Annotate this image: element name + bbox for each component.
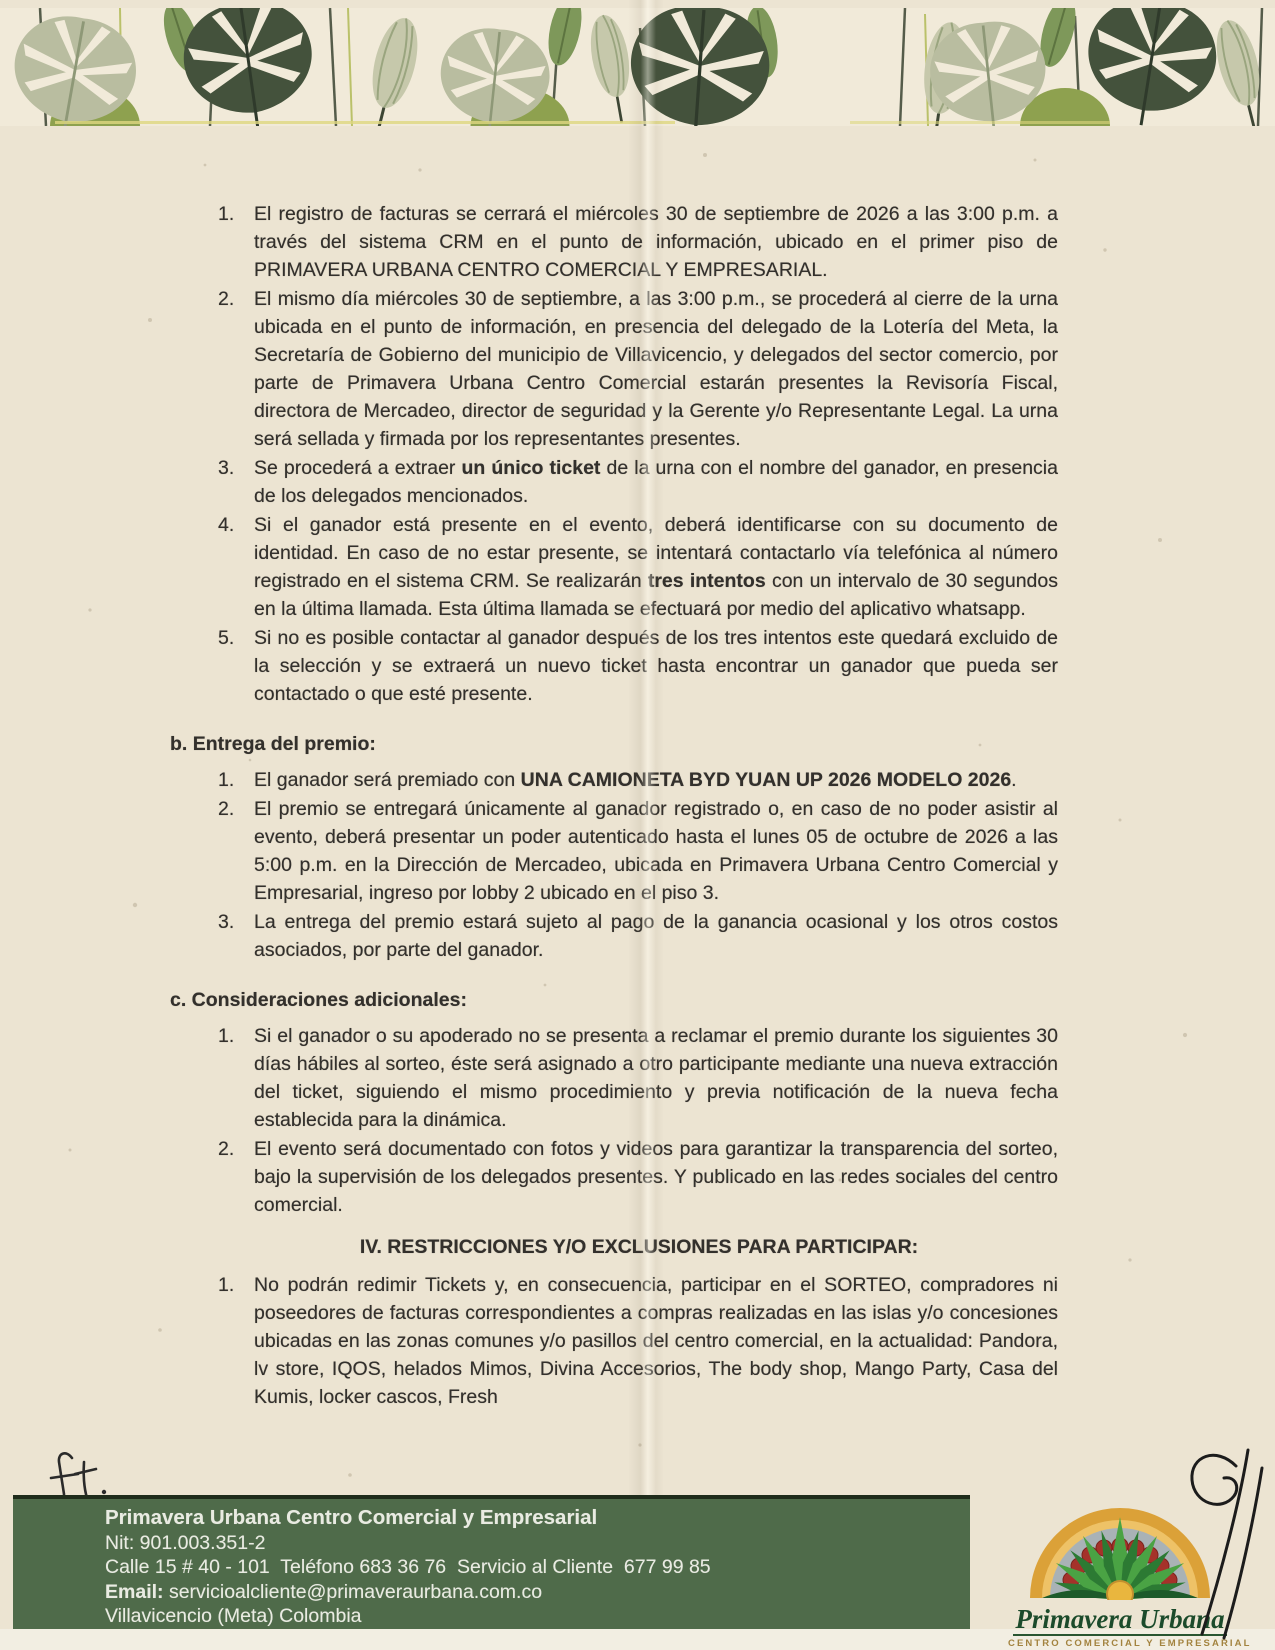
sun-leaves-logo-icon	[1020, 1498, 1220, 1600]
list-item: 1. El registro de facturas se cerrará el…	[170, 200, 1058, 284]
item-number: 5.	[218, 624, 254, 708]
section-restricciones: IV. RESTRICCIONES Y/O EXCLUSIONES PARA P…	[170, 1233, 1058, 1411]
item-text: El registro de facturas se cerrará el mi…	[254, 200, 1058, 284]
list-item: 2. El mismo día miércoles 30 de septiemb…	[170, 285, 1058, 453]
item-number: 3.	[218, 454, 254, 510]
entrega-list: 1. El ganador será premiado con UNA CAMI…	[170, 766, 1058, 964]
section-heading-entrega: b. Entrega del premio:	[170, 730, 1058, 758]
item-number: 2.	[218, 795, 254, 907]
footer-email-label: Email:	[105, 1581, 164, 1603]
list-item: 1. Si el ganador o su apoderado no se pr…	[170, 1022, 1058, 1134]
item-text: Si el ganador está presente en el evento…	[254, 511, 1058, 623]
section-consideraciones: c. Consideraciones adicionales: 1. Si el…	[170, 986, 1058, 1219]
item-number: 4.	[218, 511, 254, 623]
document-body: 1. El registro de facturas se cerrará el…	[170, 200, 1058, 1412]
footer-contact-block: Primavera Urbana Centro Comercial y Empr…	[13, 1499, 970, 1629]
list-item: 3. Se procederá a extraer un único ticke…	[170, 454, 1058, 510]
item-number: 2.	[218, 1135, 254, 1219]
footer-email-line: Email: servicioalcliente@primaveraurbana…	[105, 1580, 970, 1605]
item-text: El mismo día miércoles 30 de septiembre,…	[254, 285, 1058, 453]
primavera-urbana-logo: Primavera Urbana CENTRO COMERCIAL Y EMPR…	[1008, 1498, 1232, 1649]
section-heading-consideraciones: c. Consideraciones adicionales:	[170, 986, 1058, 1014]
item-number: 2.	[218, 285, 254, 453]
logo-tagline: CENTRO COMERCIAL Y EMPRESARIAL	[1008, 1638, 1232, 1649]
item-number: 1.	[218, 766, 254, 794]
section-entrega: b. Entrega del premio: 1. El ganador ser…	[170, 730, 1058, 964]
footer-company-name: Primavera Urbana Centro Comercial y Empr…	[105, 1506, 970, 1531]
list-item: 4. Si el ganador está presente en el eve…	[170, 511, 1058, 623]
consideraciones-list: 1. Si el ganador o su apoderado no se pr…	[170, 1022, 1058, 1219]
list-item: 2. El evento será documentado con fotos …	[170, 1135, 1058, 1219]
item-text: La entrega del premio estará sujeto al p…	[254, 908, 1058, 964]
item-text: El ganador será premiado con UNA CAMIONE…	[254, 766, 1058, 794]
footer-city: Villavicencio (Meta) Colombia	[105, 1604, 970, 1629]
section-heading-restricciones: IV. RESTRICCIONES Y/O EXCLUSIONES PARA P…	[170, 1233, 1058, 1261]
item-text: El premio se entregará únicamente al gan…	[254, 795, 1058, 907]
intro-list: 1. El registro de facturas se cerrará el…	[170, 200, 1058, 708]
footer-address-phone: Calle 15 # 40 - 101 Teléfono 683 36 76 S…	[105, 1555, 970, 1580]
list-item: 2. El premio se entregará únicamente al …	[170, 795, 1058, 907]
item-text: Si el ganador o su apoderado no se prese…	[254, 1022, 1058, 1134]
item-text: Se procederá a extraer un único ticket d…	[254, 454, 1058, 510]
restricciones-list: 1. No podrán redimir Tickets y, en conse…	[170, 1271, 1058, 1411]
tropical-leaves-banner	[0, 8, 1275, 126]
footer-email-value: servicioalcliente@primaveraurbana.com.co	[164, 1581, 543, 1603]
logo-wordmark: Primavera Urbana	[1013, 1605, 1226, 1636]
item-text: Si no es posible contactar al ganador de…	[254, 624, 1058, 708]
scanned-document-page: 1. El registro de facturas se cerrará el…	[0, 0, 1275, 1650]
list-item: 1. No podrán redimir Tickets y, en conse…	[170, 1271, 1058, 1411]
item-number: 3.	[218, 908, 254, 964]
list-item: 5. Si no es posible contactar al ganador…	[170, 624, 1058, 708]
item-number: 1.	[218, 1271, 254, 1411]
list-item: 3. La entrega del premio estará sujeto a…	[170, 908, 1058, 964]
footer-band: Primavera Urbana Centro Comercial y Empr…	[13, 1495, 970, 1629]
item-number: 1.	[218, 1022, 254, 1134]
list-item: 1. El ganador será premiado con UNA CAMI…	[170, 766, 1058, 794]
footer-nit: Nit: 901.003.351-2	[105, 1531, 970, 1556]
item-text: El evento será documentado con fotos y v…	[254, 1135, 1058, 1219]
item-text: No podrán redimir Tickets y, en consecue…	[254, 1271, 1058, 1411]
item-number: 1.	[218, 200, 254, 284]
